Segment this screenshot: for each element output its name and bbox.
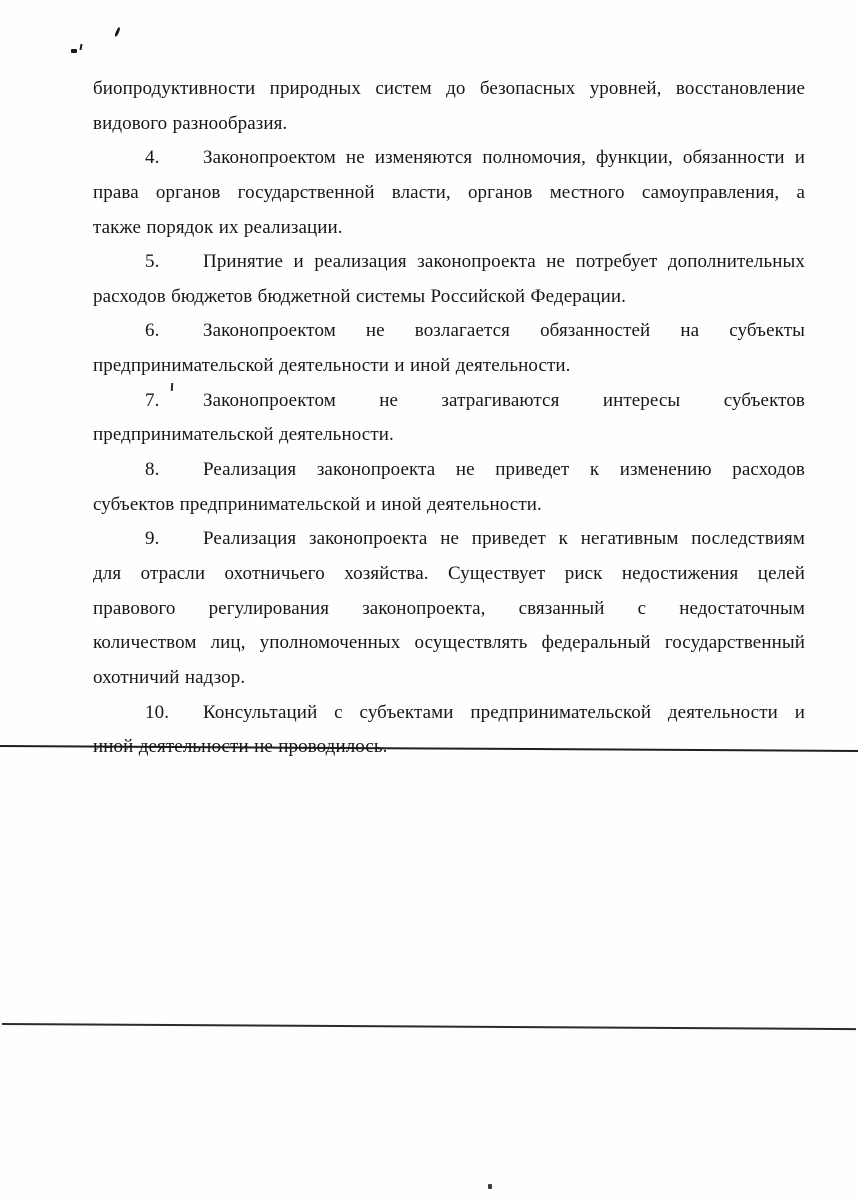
text-line: для отрасли охотничьего хозяйства. Сущес… [93, 562, 805, 597]
ink-mark-icon [114, 27, 121, 37]
line-text: Законопроектом не изменяются полномочия,… [203, 147, 805, 168]
line-text: Реализация законопроекта не приведет к н… [203, 528, 805, 549]
line-text: Принятие и реализация законопроекта не п… [203, 251, 805, 272]
text-line: субъектов предпринимательской и иной дея… [93, 493, 805, 528]
ink-speck-icon [71, 49, 77, 53]
paragraph-number: 5. [93, 250, 203, 273]
text-line: права органов государственной власти, ор… [93, 181, 805, 216]
text-line: биопродуктивности природных систем до бе… [93, 77, 805, 112]
text-line: расходов бюджетов бюджетной системы Росс… [93, 285, 805, 320]
paragraph-number: 9. [93, 527, 203, 550]
document-text: биопродуктивности природных систем до бе… [93, 77, 805, 770]
paragraph-number: 6. [93, 319, 203, 342]
paragraph-number: 10. [93, 701, 203, 724]
paragraph-number: 8. [93, 458, 203, 481]
line-text: Законопроектом не затрагиваются интересы… [203, 390, 805, 411]
text-line: 4.Законопроектом не изменяются полномочи… [93, 146, 805, 181]
text-line: также порядок их реализации. [93, 216, 805, 251]
closing-rule-line [2, 1023, 856, 1030]
line-text: Реализация законопроекта не приведет к и… [203, 459, 805, 480]
text-line: 10.Консультаций с субъектами предпринима… [93, 701, 805, 736]
text-line: 5.Принятие и реализация законопроекта не… [93, 250, 805, 285]
line-text: Законопроектом не возлагается обязанност… [203, 320, 805, 341]
text-line: 7.Законопроектом не затрагиваются интере… [93, 389, 805, 424]
text-line: количеством лиц, уполномоченных осуществ… [93, 631, 805, 666]
text-line: правового регулирования законопроекта, с… [93, 597, 805, 632]
text-line: видового разнообразия. [93, 112, 805, 147]
text-line: предпринимательской деятельности и иной … [93, 354, 805, 389]
paragraph-number: 7. [93, 389, 203, 412]
ink-mark-icon [79, 44, 82, 50]
paragraph-number: 4. [93, 146, 203, 169]
text-line: предпринимательской деятельности. [93, 423, 805, 458]
text-line: 6.Законопроектом не возлагается обязанно… [93, 319, 805, 354]
text-line: иной деятельности не проводилось. [93, 735, 805, 770]
scanned-page: биопродуктивности природных систем до бе… [0, 0, 858, 1200]
ink-speck-icon [488, 1184, 492, 1189]
text-line: охотничий надзор. [93, 666, 805, 701]
text-line: 9.Реализация законопроекта не приведет к… [93, 527, 805, 562]
line-text: Консультаций с субъектами предпринимател… [203, 702, 805, 723]
text-line: 8.Реализация законопроекта не приведет к… [93, 458, 805, 493]
